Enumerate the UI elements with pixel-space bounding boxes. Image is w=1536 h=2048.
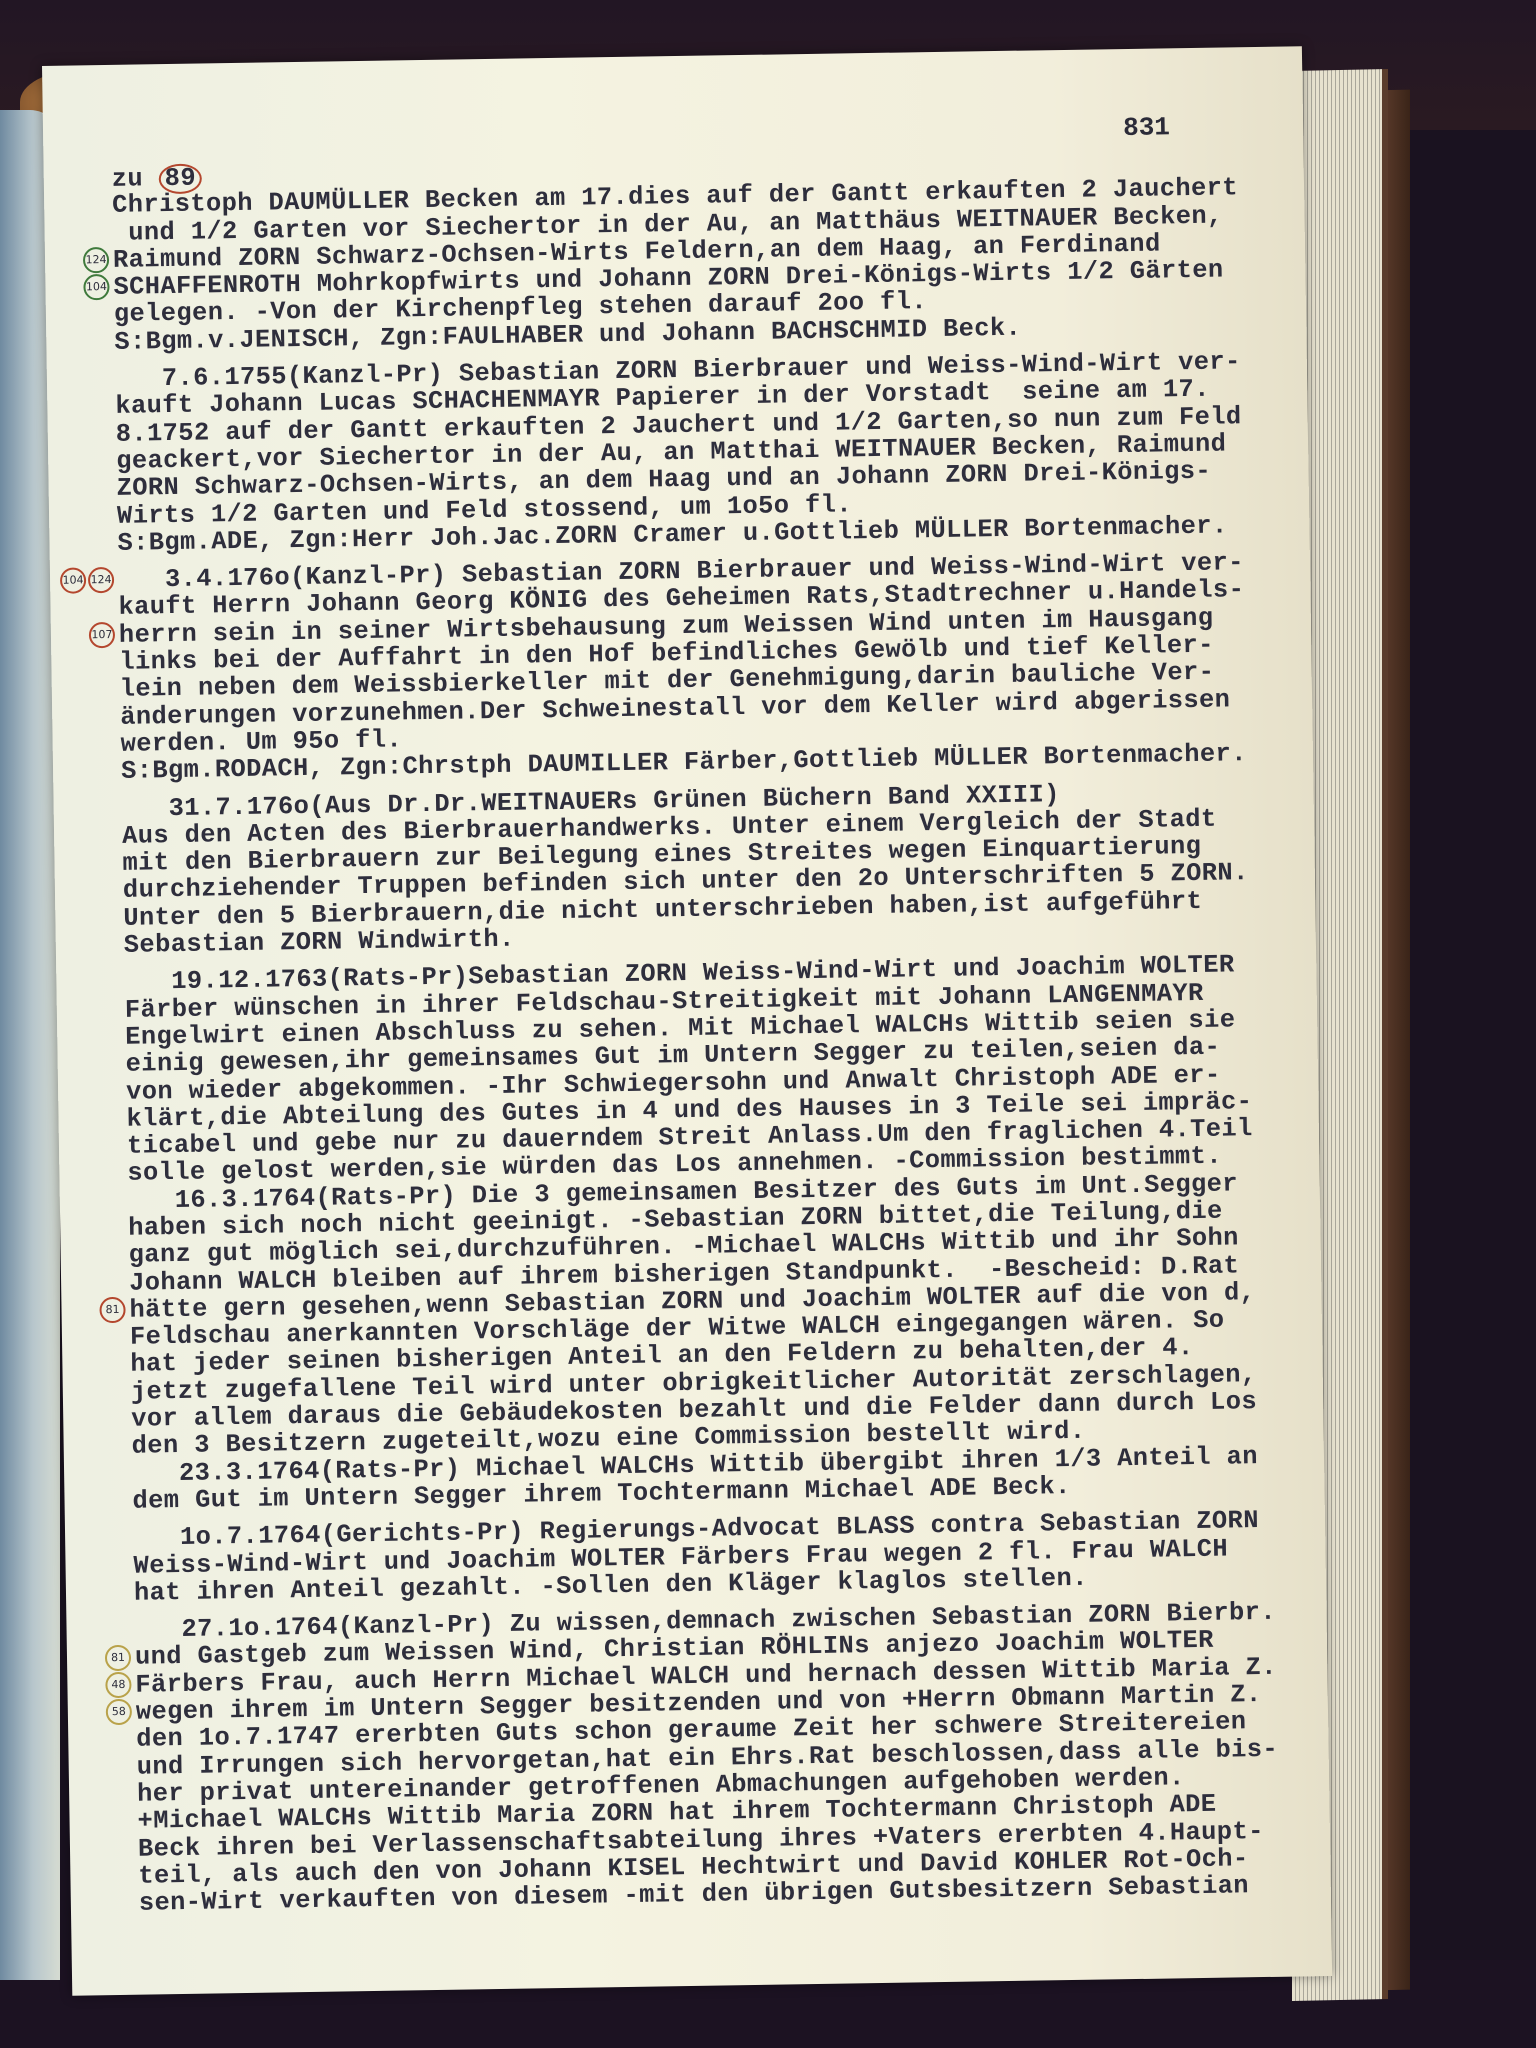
- margin-note: 104: [60, 568, 86, 594]
- margin-note: 104: [83, 274, 109, 300]
- margin-note: 58: [106, 1699, 132, 1725]
- typewritten-text: zu 89Christoph DAUMÜLLER Becken am 17.di…: [112, 146, 1319, 1917]
- margin-note: 48: [105, 1672, 131, 1698]
- page-number: 831: [1123, 112, 1170, 143]
- margin-note: 107: [89, 622, 115, 648]
- margin-note: 81: [99, 1297, 125, 1323]
- margin-note: 124: [88, 567, 114, 593]
- document-page: 831 zu 89Christoph DAUMÜLLER Becken am 1…: [42, 46, 1332, 1996]
- margin-note: 81: [105, 1644, 131, 1670]
- margin-note: 124: [83, 247, 109, 273]
